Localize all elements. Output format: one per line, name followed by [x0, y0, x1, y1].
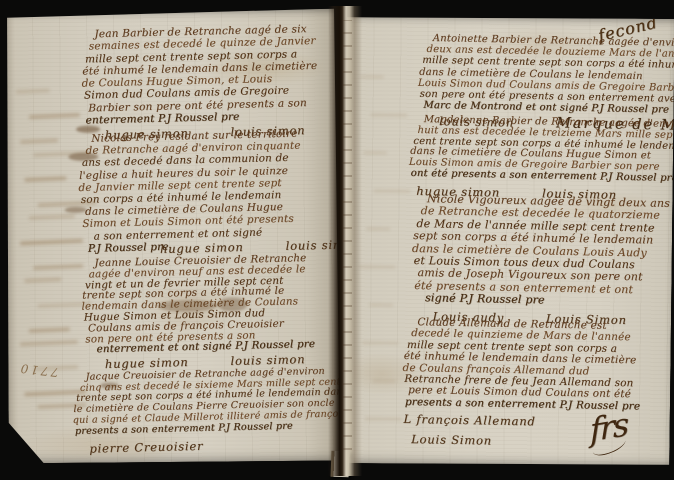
- ink-bleed-through: [16, 88, 50, 93]
- ink-bleed-through: [363, 151, 387, 154]
- ink-bleed-through: [369, 303, 393, 306]
- entry-text: Jacque Creuoisier de Retranche aagé d'en…: [72, 366, 340, 437]
- burial-entry-jeanne-louise-creuoisier: Jeanne Louise Creuoisier de Retrancheaag…: [80, 253, 315, 372]
- signature: L françois Allemand: [403, 412, 535, 429]
- ink-bleed-through: [29, 327, 70, 333]
- ink-bleed-through: [24, 277, 61, 283]
- binding-tab: [331, 451, 350, 478]
- entry-text: Magdelenne Barbier de Retranche aagée d'…: [409, 115, 674, 185]
- burial-entry-nicolas-frey: Nicolas Frey residant sur le territoired…: [77, 126, 340, 258]
- ink-bleed-through: [29, 113, 80, 119]
- burial-entry-jacque-creuoisier: Jacque Creuoisier de Retranche aagé d'en…: [72, 366, 340, 456]
- signature-row: pierre Creuoisier: [73, 436, 340, 457]
- ink-bleed-through: [360, 75, 384, 78]
- burial-entry-nicole-vigoureux: Nicole Vigoureux aagée de vingt deux ans…: [411, 193, 671, 328]
- ink-bleed-through: [29, 214, 75, 220]
- signature: pierre Creuoisier: [89, 439, 203, 456]
- spine-stitching-marks: [343, 20, 352, 450]
- ink-bleed-through: [366, 227, 390, 230]
- right-page: fecond Antoinette Barbier de Retranche a…: [341, 15, 674, 467]
- ink-bleed-through: [359, 265, 396, 268]
- ink-bleed-through: [372, 379, 396, 382]
- entry-text: Nicolas Frey residant sur le territoired…: [77, 126, 340, 255]
- priest-paraph-flourish: frs: [590, 405, 628, 449]
- signature: louis simon: [285, 237, 340, 253]
- ink-bleed-through: [371, 113, 408, 116]
- ink-bleed-through: [362, 341, 399, 344]
- ink-bleed-through: [20, 340, 78, 347]
- ink-bleed-through: [365, 417, 402, 420]
- ink-bleed-through: [20, 239, 83, 246]
- ink-bleed-through: [24, 176, 66, 182]
- manuscript-line: ont été presents a son enterrement P.J R…: [411, 169, 674, 185]
- burial-entry-jean-barbier: Jean Barbier de Retranche aagé de sixsem…: [80, 23, 319, 143]
- burial-entry-magdelenne-barbier: Magdelenne Barbier de Retranche aagée d'…: [408, 115, 674, 203]
- ink-bleed-through: [374, 189, 411, 192]
- left-page: 7710 Jean Barbier de Retranche aagé de s…: [5, 9, 340, 464]
- ink-bleed-through: [33, 264, 83, 270]
- entry-text: Antoinette Barbier de Retranche aagée d'…: [417, 33, 674, 118]
- entry-text: Jean Barbier de Retranche aagé de sixsem…: [80, 23, 318, 127]
- entry-text: Claude Allemand de Retranche estdecedé l…: [402, 317, 642, 413]
- scanned-register-photo: 7710 Jean Barbier de Retranche aagé de s…: [0, 0, 674, 480]
- ink-bleed-through: [20, 138, 58, 144]
- signature: Louis Simon: [411, 432, 492, 448]
- entry-text: Nicole Vigoureux aagée de vingt deux ans…: [411, 193, 670, 310]
